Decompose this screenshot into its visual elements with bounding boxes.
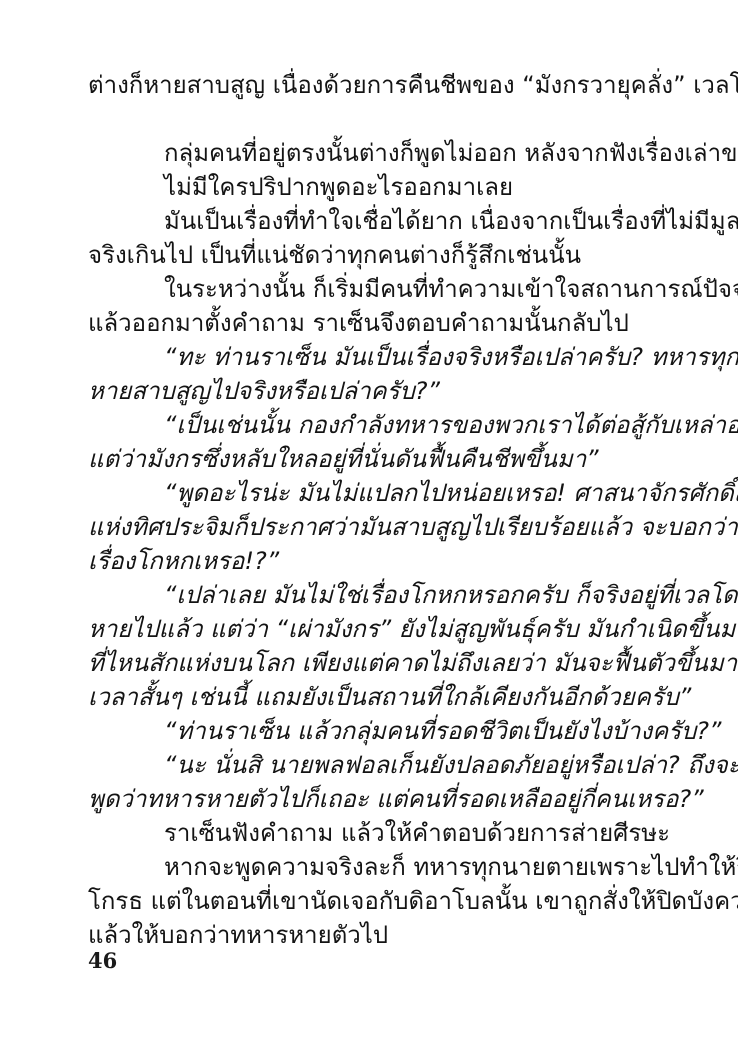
- text-line: หากจะพูดความจริงละก็ ทหารทุกนายตายเพราะไ…: [88, 850, 654, 884]
- text-line: จริงเกินไป เป็นที่แน่ชัดว่าทุกคนต่างก็รู…: [88, 238, 654, 272]
- text-line: ที่ไหนสักแห่งบนโลก เพียงแต่คาดไม่ถึงเลยว…: [88, 646, 654, 680]
- text-line: ต่างก็หายสาบสูญ เนื่องด้วยการคืนชีพของ “…: [88, 68, 654, 102]
- text-line: เรื่องโกหกเหรอ!?”: [88, 544, 654, 578]
- text-line: กลุ่มคนที่อยู่ตรงนั้นต่างก็พูดไม่ออก หลั…: [88, 136, 654, 170]
- text-line: เวลาสั้นๆ เช่นนี้ แถมยังเป็นสถานที่ใกล้เ…: [88, 680, 654, 714]
- text-line: แต่ว่ามังกรซึ่งหลับใหลอยู่ที่นั่นดันฟื้น…: [88, 442, 654, 476]
- paragraph-spacer: [88, 102, 654, 136]
- text-line: ไม่มีใครปริปากพูดอะไรออกมาเลย: [88, 170, 654, 204]
- text-block: ต่างก็หายสาบสูญ เนื่องด้วยการคืนชีพของ “…: [88, 68, 654, 952]
- text-line: “เป็นเช่นนั้น กองกำลังทหารของพวกเราได้ต่…: [88, 408, 654, 442]
- text-line: แล้วให้บอกว่าทหารหายตัวไป: [88, 918, 654, 952]
- book-page: ต่างก็หายสาบสูญ เนื่องด้วยการคืนชีพของ “…: [0, 0, 738, 1051]
- text-line: “เปล่าเลย มันไม่ใช่เรื่องโกหกหรอกครับ ก็…: [88, 578, 654, 612]
- text-line: “พูดอะไรน่ะ มันไม่แปลกไปหน่อยเหรอ! ศาสนา…: [88, 476, 654, 510]
- text-line: “นะ นั่นสิ นายพลฟอลเก็นยังปลอดภัยอยู่หรื…: [88, 748, 654, 782]
- page-number: 46: [88, 948, 117, 973]
- text-line: ราเซ็นฟังคำถาม แล้วให้คำตอบด้วยการส่ายศี…: [88, 816, 654, 850]
- text-line: แล้วออกมาตั้งคำถาม ราเซ็นจึงตอบคำถามนั้น…: [88, 306, 654, 340]
- text-line: หายสาบสูญไปจริงหรือเปล่าครับ?”: [88, 374, 654, 408]
- text-line: หายไปแล้ว แต่ว่า “เผ่ามังกร” ยังไม่สูญพั…: [88, 612, 654, 646]
- text-line: แห่งทิศประจิมก็ประกาศว่ามันสาบสูญไปเรียบ…: [88, 510, 654, 544]
- text-line: มันเป็นเรื่องที่ทำใจเชื่อได้ยาก เนื่องจา…: [88, 204, 654, 238]
- text-line: โกรธ แต่ในตอนที่เขานัดเจอกับดิอาโบลนั้น …: [88, 884, 654, 918]
- text-line: “ท่านราเซ็น แล้วกลุ่มคนที่รอดชีวิตเป็นยั…: [88, 714, 654, 748]
- text-line: ในระหว่างนั้น ก็เริ่มมีคนที่ทำความเข้าใจ…: [88, 272, 654, 306]
- text-line: “ทะ ท่านราเซ็น มันเป็นเรื่องจริงหรือเปล่…: [88, 340, 654, 374]
- text-line: พูดว่าทหารหายตัวไปก็เถอะ แต่คนที่รอดเหลื…: [88, 782, 654, 816]
